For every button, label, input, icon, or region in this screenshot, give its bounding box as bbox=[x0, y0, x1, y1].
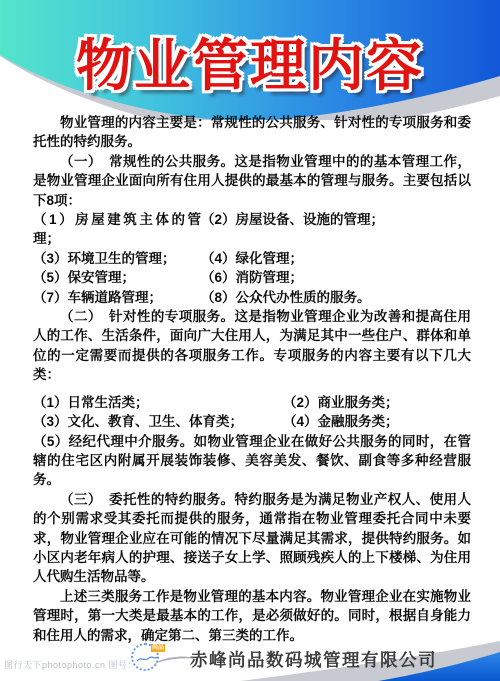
special-services-list: （1）日常生活类； （2）商业服务类； （3）文化、教育、卫生、体育类； （4）… bbox=[33, 393, 471, 432]
list-row: （1）房屋建筑主体的管理； （2）房屋设备、设施的管理； bbox=[33, 210, 471, 249]
list-row: （3）环境卫生的管理； （4）绿化管理； bbox=[33, 249, 471, 268]
company-brand: 尚品 赤峰尚品数码城管理有限公司 bbox=[130, 642, 437, 676]
list-item: （7）车辆道路管理； bbox=[33, 288, 201, 307]
logo-tag-label: 尚品 bbox=[151, 644, 165, 652]
paragraph-intro: 物业管理的内容主要是：常规性的公共服务、针对性的专项服务和委托性的特约服务。 bbox=[33, 113, 471, 152]
paragraph-item5: （5）经纪代理中介服务。如物业管理企业在做好公共服务的同时，在管辖的住宅区内附属… bbox=[33, 432, 471, 490]
basic-services-list: （1）房屋建筑主体的管理； （2）房屋设备、设施的管理； （3）环境卫生的管理；… bbox=[33, 210, 471, 307]
list-row: （5）保安管理； （6）消防管理； bbox=[33, 268, 471, 287]
list-row: （3）文化、教育、卫生、体育类； （4）金融服务类； bbox=[33, 412, 471, 431]
list-item: （3）环境卫生的管理； bbox=[33, 249, 201, 268]
list-item: （1）日常生活类； bbox=[33, 393, 283, 412]
poster-title: 物业管理内容 bbox=[0, 22, 500, 102]
body-content: 物业管理的内容主要是：常规性的公共服务、针对性的专项服务和委托性的特约服务。 （… bbox=[33, 113, 471, 645]
paragraph-section2: （二） 针对性的专项服务。这是指物业管理企业为改善和提高住用人的工作、生活条件，… bbox=[33, 307, 471, 385]
list-item: （8）公众代办性质的服务。 bbox=[201, 288, 371, 307]
header-banner: 物业管理内容 bbox=[0, 0, 500, 120]
list-item: （2）房屋设备、设施的管理； bbox=[201, 210, 384, 249]
paragraph-section3: （三） 委托性的特约服务。特约服务是为满足物业产权人、使用人的个别需求受其委托而… bbox=[33, 490, 471, 587]
poster: 物业管理内容 物业管理的内容主要是：常规性的公共服务、针对性的专项服务和委托性的… bbox=[0, 0, 500, 681]
company-logo-icon: 尚品 bbox=[130, 642, 164, 676]
list-item: （4）绿化管理； bbox=[201, 249, 303, 268]
list-item: （4）金融服务类； bbox=[283, 412, 399, 431]
list-item: （2）商业服务类； bbox=[283, 393, 399, 412]
list-item: （5）保安管理； bbox=[33, 268, 201, 287]
paragraph-section1: （一） 常规性的公共服务。这是指物业管理中的的基本管理工作，是物业管理企业面向所… bbox=[33, 152, 471, 210]
list-item: （3）文化、教育、卫生、体育类； bbox=[33, 412, 283, 431]
list-item: （1）房屋建筑主体的管理； bbox=[33, 210, 201, 249]
watermark-text: 图行天下photophoto.cn 图号： bbox=[4, 658, 137, 671]
list-row: （7）车辆道路管理； （8）公众代办性质的服务。 bbox=[33, 288, 471, 307]
footer: 图行天下photophoto.cn 图号： 尚品 赤峰尚品数码城管理有限公司 bbox=[0, 629, 500, 681]
company-name: 赤峰尚品数码城管理有限公司 bbox=[190, 647, 437, 672]
list-row: （1）日常生活类； （2）商业服务类； bbox=[33, 393, 471, 412]
list-item: （6）消防管理； bbox=[201, 268, 303, 287]
